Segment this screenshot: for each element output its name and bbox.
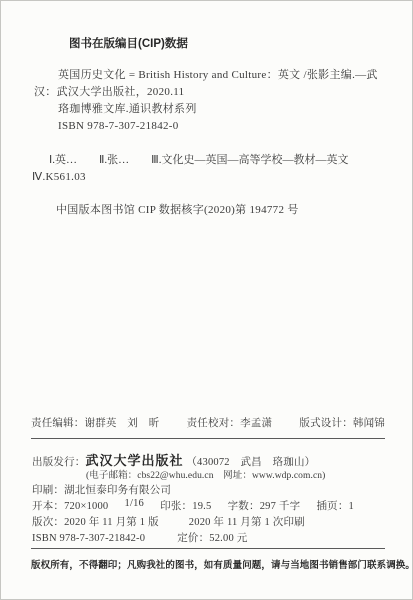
specs-line: 开本：720×1000 1/16 印张：19.5 字数：297 千字 插页：1 <box>32 498 354 513</box>
cip-record: 中国版本图书馆 CIP 数据核字(2020)第 194772 号 <box>56 203 299 217</box>
cip-class-line-2: Ⅳ.K561.03 <box>32 170 86 184</box>
cip-series: 珞珈博雅文库.通识教材系列 <box>58 102 197 116</box>
isbn-text: ISBN 978-7-307-21842-0 <box>32 533 145 544</box>
isbn-price-line: ISBN 978-7-307-21842-0定价：52.00 元 <box>32 530 247 545</box>
colophon-page: 图书在版编目(CIP)数据 英国历史文化 = British History a… <box>0 0 413 600</box>
edition-line: 版次：2020 年 11 月第 1 版2020 年 11 月第 1 次印刷 <box>32 514 305 529</box>
printing-text: 2020 年 11 月第 1 次印刷 <box>189 517 305 528</box>
designer-credit: 版式设计：韩闻锦 <box>299 415 385 430</box>
spec-inserts: 插页：1 <box>316 498 354 513</box>
spec-wordcount: 字数：297 千字 <box>228 498 301 513</box>
divider-top <box>31 438 385 439</box>
divider-bottom <box>31 548 385 549</box>
staff-credits-row: 责任编辑：谢群英 刘 昕 责任校对：李孟潇 版式设计：韩闻锦 <box>31 415 385 430</box>
editor-credit: 责任编辑：谢群英 刘 昕 <box>31 415 159 430</box>
spec-size: 1/16 <box>125 498 144 513</box>
cip-isbn: ISBN 978-7-307-21842-0 <box>58 119 179 133</box>
publisher-name: 武汉大学出版社 <box>86 453 184 468</box>
price-text: 定价：52.00 元 <box>177 533 247 544</box>
spec-format: 开本：720×1000 <box>32 498 108 513</box>
cip-entry-line-2: 汉：武汉大学出版社，2020.11 <box>34 85 184 99</box>
proofreader-credit: 责任校对：李孟潇 <box>187 415 273 430</box>
cip-entry-line-1: 英国历史文化 = British History and Culture：英文 … <box>58 68 378 82</box>
cip-class-line-1: Ⅰ.英… Ⅱ.张… Ⅲ.文化史—英国—高等学校—教材—英文 <box>49 153 349 167</box>
publisher-label: 出版发行： <box>32 457 86 468</box>
printer-line: 印刷：湖北恒泰印务有限公司 <box>32 482 171 497</box>
edition-text: 版次：2020 年 11 月第 1 版 <box>32 517 159 528</box>
publisher-contact-line: (电子邮箱：cbs22@whu.edu.cn 网址：www.wdp.com.cn… <box>86 467 325 481</box>
copyright-notice: 版权所有，不得翻印；凡购我社的图书，如有质量问题，请与当地图书销售部门联系调换。 <box>31 557 413 571</box>
cip-heading: 图书在版编目(CIP)数据 <box>69 35 188 51</box>
spec-sheets: 印张：19.5 <box>160 498 211 513</box>
